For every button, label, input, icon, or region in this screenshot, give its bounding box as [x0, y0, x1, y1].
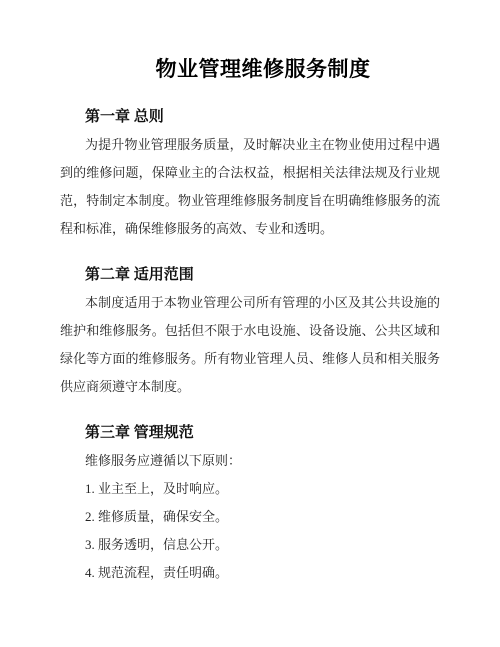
document-page: 物业管理维修服务制度 第一章 总则 为提升物业管理服务质量，及时解决业主在物业使…	[0, 0, 500, 647]
chapter-2-paragraph: 本制度适用于本物业管理公司所有管理的小区及其公共设施的维护和维修服务。包括但不限…	[60, 289, 440, 401]
chapter-2-heading: 第二章 适用范围	[60, 261, 440, 289]
principle-item-2: 2. 维修质量，确保安全。	[60, 503, 440, 531]
principle-item-3: 3. 服务透明，信息公开。	[60, 531, 440, 559]
section-chapter-1: 第一章 总则 为提升物业管理服务质量，及时解决业主在物业使用过程中遇到的维修问题…	[60, 103, 440, 243]
chapter-1-paragraph: 为提升物业管理服务质量，及时解决业主在物业使用过程中遇到的维修问题，保障业主的合…	[60, 131, 440, 243]
document-title: 物业管理维修服务制度	[60, 55, 440, 85]
chapter-3-heading: 第三章 管理规范	[60, 419, 440, 447]
principle-item-1: 1. 业主至上，及时响应。	[60, 475, 440, 503]
chapter-3-intro: 维修服务应遵循以下原则：	[60, 447, 440, 475]
section-chapter-2: 第二章 适用范围 本制度适用于本物业管理公司所有管理的小区及其公共设施的维护和维…	[60, 261, 440, 401]
section-chapter-3: 第三章 管理规范 维修服务应遵循以下原则： 1. 业主至上，及时响应。 2. 维…	[60, 419, 440, 587]
principle-item-4: 4. 规范流程，责任明确。	[60, 559, 440, 587]
chapter-1-heading: 第一章 总则	[60, 103, 440, 131]
